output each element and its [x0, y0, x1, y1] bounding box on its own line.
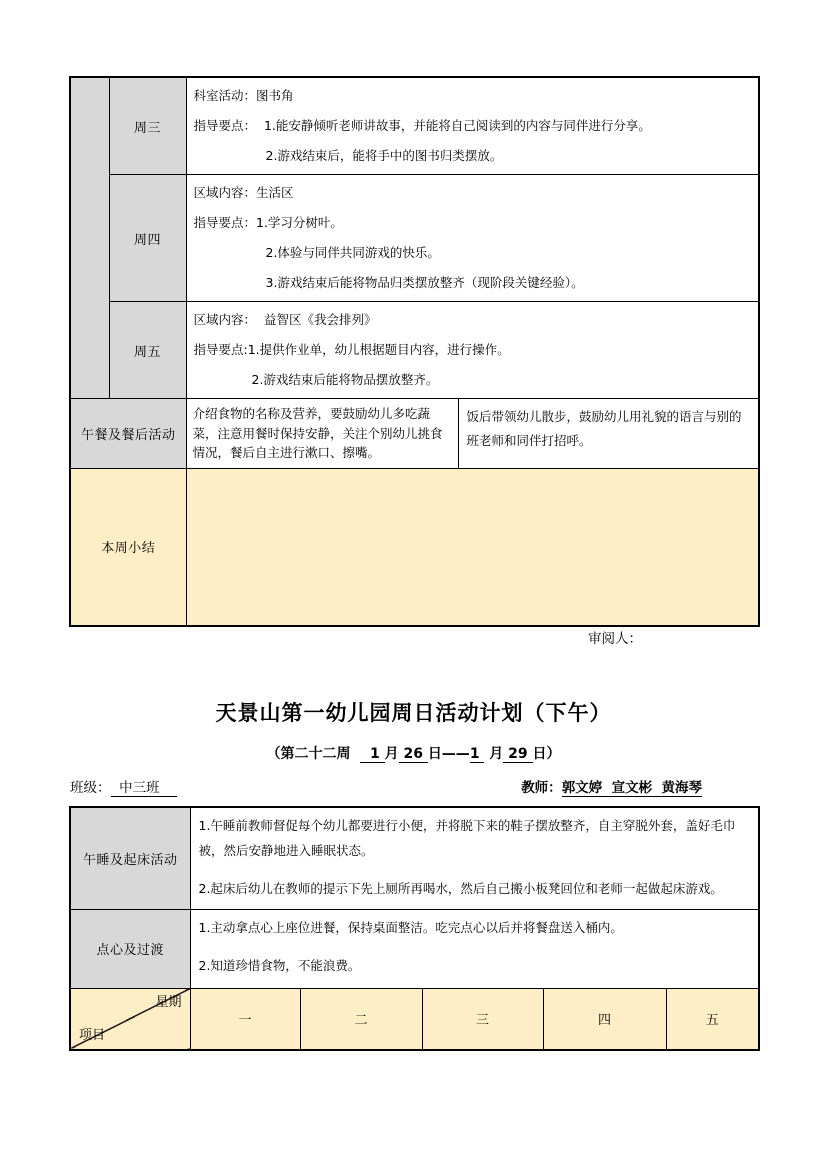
wednesday-content-cell: 科室活动：图书角 指导要点： 1.能安静倾听老师讲故事，并能将自己阅读到的内容与…	[186, 77, 759, 175]
page-title: 天景山第一幼儿园周日活动计划（下午）	[0, 697, 827, 727]
activity-line: 区域内容：生活区	[194, 178, 753, 208]
month-blank-1: 1	[360, 746, 384, 763]
weekday-header-thu: 四	[543, 988, 666, 1050]
day-blank-1: 26	[399, 746, 428, 763]
left-spacer-cell	[70, 77, 109, 399]
guidance-line: 指导要点：1.学习分树叶。	[194, 208, 753, 238]
weekday-header-mon: 一	[190, 988, 300, 1050]
lunch-left-cell: 介绍食物的名称及营养，要鼓励幼儿多吃蔬菜，注意用餐时保持安静，关注个别幼儿挑食情…	[186, 399, 458, 469]
reviewer-label: 审阅人：	[588, 627, 642, 647]
corner-project-label: 项目	[79, 1024, 105, 1043]
day-label-thursday: 周四	[109, 175, 186, 302]
nap-point: 2.起床后幼儿在教师的提示下先上厕所再喝水，然后自己搬小板凳回位和老师一起做起床…	[199, 876, 751, 901]
day-label-wednesday: 周三	[109, 77, 186, 175]
lunch-row-label: 午餐及餐后活动	[70, 399, 186, 469]
weekday-header-tue: 二	[300, 988, 422, 1050]
subtitle-suffix: 日）	[533, 746, 561, 762]
class-value: 中三班	[111, 780, 177, 797]
nap-row-label: 午睡及起床活动	[70, 807, 190, 909]
page-subtitle: （第二十二周 1 月 26 日——1 月 29 日）	[0, 743, 827, 763]
teacher-names: 郭文婷 宣文彬 黄海琴	[562, 780, 702, 797]
activity-line: 区域内容： 益智区《我会排列》	[194, 305, 753, 335]
weekday-project-corner-cell: 星期 项目	[70, 988, 190, 1050]
weekly-plan-table: 周三 科室活动：图书角 指导要点： 1.能安静倾听老师讲故事，并能将自己阅读到的…	[69, 76, 760, 627]
snack-content-cell: 1.主动拿点心上座位进餐，保持桌面整洁。吃完点心以后并将餐盘送入桶内。 2.知道…	[190, 909, 759, 988]
table-row-weekly-summary: 本周小结	[70, 468, 759, 626]
table-row-nap: 午睡及起床活动 1.午睡前教师督促每个幼儿都要进行小便，并将脱下来的鞋子摆放整齐…	[70, 807, 759, 909]
day-blank-2: 29	[503, 746, 532, 763]
subtitle-sep-month2: 月	[484, 746, 503, 762]
guidance-line: 2.游戏结束后能将物品摆放整齐。	[194, 365, 753, 395]
weekday-header-wed: 三	[422, 988, 543, 1050]
guidance-line: 指导要点:1.提供作业单，幼儿根据题目内容，进行操作。	[194, 335, 753, 365]
activity-line: 科室活动：图书角	[194, 81, 753, 111]
table-row-thursday: 周四 区域内容：生活区 指导要点：1.学习分树叶。 2.体验与同伴共同游戏的快乐…	[70, 175, 759, 302]
class-label: 班级：	[70, 780, 111, 796]
subtitle-sep-dash: 日——	[428, 746, 470, 762]
table-row-lunch: 午餐及餐后活动 介绍食物的名称及营养，要鼓励幼儿多吃蔬菜，注意用餐时保持安静，关…	[70, 399, 759, 469]
nap-content-cell: 1.午睡前教师督促每个幼儿都要进行小便，并将脱下来的鞋子摆放整齐，自主穿脱外套，…	[190, 807, 759, 909]
guidance-line: 3.游戏结束后能将物品归类摆放整齐（现阶段关键经验）。	[194, 268, 753, 298]
table-row-wednesday: 周三 科室活动：图书角 指导要点： 1.能安静倾听老师讲故事，并能将自己阅读到的…	[70, 77, 759, 175]
day-label-friday: 周五	[109, 302, 186, 399]
table-row-weekday-header: 星期 项目 一 二 三 四 五	[70, 988, 759, 1050]
weekly-summary-cell	[186, 468, 759, 626]
subtitle-prefix: （第二十二周	[266, 746, 360, 762]
table-row-snack: 点心及过渡 1.主动拿点心上座位进餐，保持桌面整洁。吃完点心以后并将餐盘送入桶内…	[70, 909, 759, 988]
snack-point: 1.主动拿点心上座位进餐，保持桌面整洁。吃完点心以后并将餐盘送入桶内。	[199, 915, 751, 940]
table-row-friday: 周五 区域内容： 益智区《我会排列》 指导要点:1.提供作业单，幼儿根据题目内容…	[70, 302, 759, 399]
afternoon-plan-table: 午睡及起床活动 1.午睡前教师督促每个幼儿都要进行小便，并将脱下来的鞋子摆放整齐…	[69, 806, 760, 1051]
thursday-content-cell: 区域内容：生活区 指导要点：1.学习分树叶。 2.体验与同伴共同游戏的快乐。 3…	[186, 175, 759, 302]
weekday-header-fri: 五	[666, 988, 759, 1050]
month-blank-2: 1	[470, 746, 485, 763]
guidance-line: 指导要点： 1.能安静倾听老师讲故事，并能将自己阅读到的内容与同伴进行分享。	[194, 111, 753, 141]
snack-row-label: 点心及过渡	[70, 909, 190, 988]
class-field: 班级： 中三班	[70, 776, 177, 796]
guidance-line: 2.体验与同伴共同游戏的快乐。	[194, 238, 753, 268]
teacher-label: 教师：	[521, 780, 562, 796]
nap-point: 1.午睡前教师督促每个幼儿都要进行小便，并将脱下来的鞋子摆放整齐，自主穿脱外套，…	[199, 813, 751, 863]
lunch-right-cell: 饭后带领幼儿散步，鼓励幼儿用礼貌的语言与别的班老师和同伴打招呼。	[458, 399, 759, 469]
teacher-field: 教师：郭文婷 宣文彬 黄海琴	[521, 776, 702, 796]
corner-weekday-label: 星期	[155, 991, 181, 1010]
guidance-line: 2.游戏结束后，能将手中的图书归类摆放。	[194, 141, 753, 171]
snack-point: 2.知道珍惜食物，不能浪费。	[199, 953, 751, 978]
friday-content-cell: 区域内容： 益智区《我会排列》 指导要点:1.提供作业单，幼儿根据题目内容，进行…	[186, 302, 759, 399]
class-teacher-line: 班级： 中三班 教师：郭文婷 宣文彬 黄海琴	[70, 776, 758, 796]
subtitle-sep-month: 月	[385, 746, 399, 762]
document-page: 周三 科室活动：图书角 指导要点： 1.能安静倾听老师讲故事，并能将自己阅读到的…	[0, 0, 827, 1170]
weekly-summary-label: 本周小结	[70, 468, 186, 626]
